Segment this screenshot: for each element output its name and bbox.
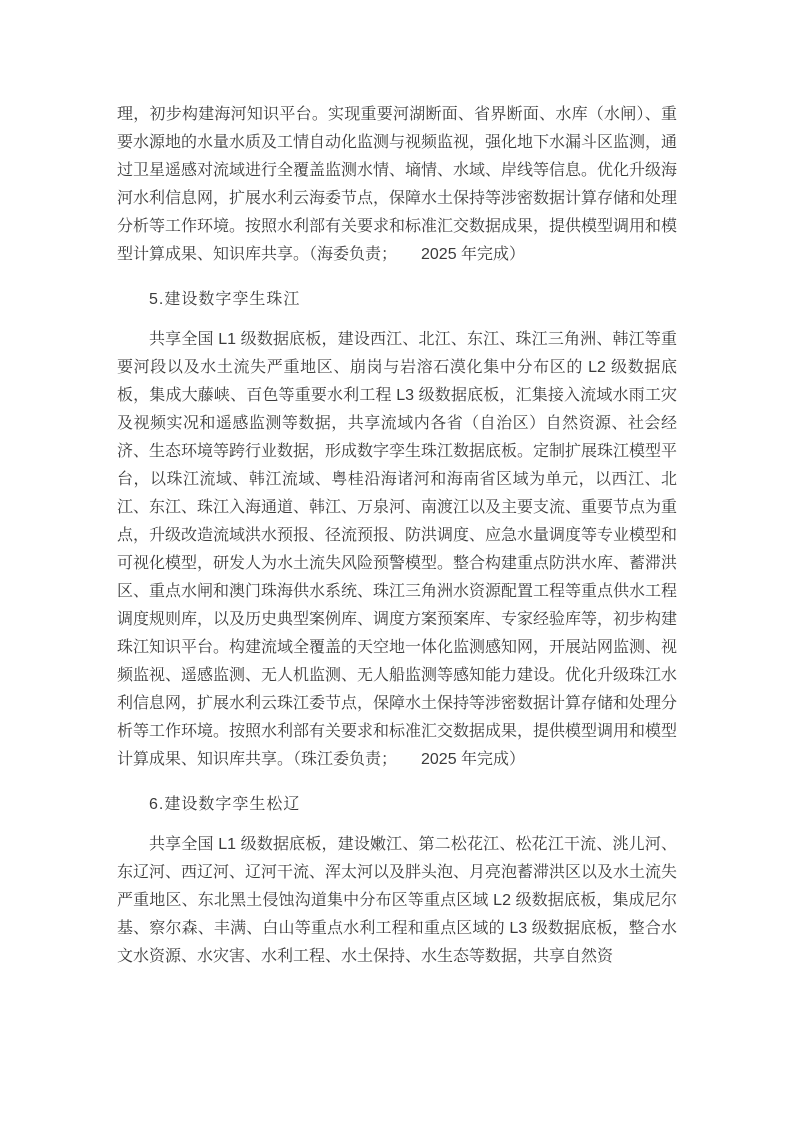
document-viewer: { "page": { "background_color": "#ffffff…	[0, 0, 793, 1122]
document-page: 理，初步构建海河知识平台。实现重要河湖断面、省界断面、水库（水闸）、重要水源地的…	[117, 101, 677, 971]
section-heading-5-zhujiang: 5.建设数字孪生珠江	[117, 286, 677, 314]
paragraph-haihe-continuation: 理，初步构建海河知识平台。实现重要河湖断面、省界断面、水库（水闸）、重要水源地的…	[117, 101, 677, 269]
section-heading-6-songliao: 6.建设数字孪生松辽	[117, 791, 677, 819]
paragraph-zhujiang-body: 共享全国 L1 级数据底板，建设西江、北江、东江、珠江三角洲、韩江等重要河段以及…	[117, 326, 677, 774]
paragraph-songliao-body: 共享全国 L1 级数据底板，建设嫩江、第二松花江、松花江干流、洮儿河、东辽河、西…	[117, 831, 677, 971]
